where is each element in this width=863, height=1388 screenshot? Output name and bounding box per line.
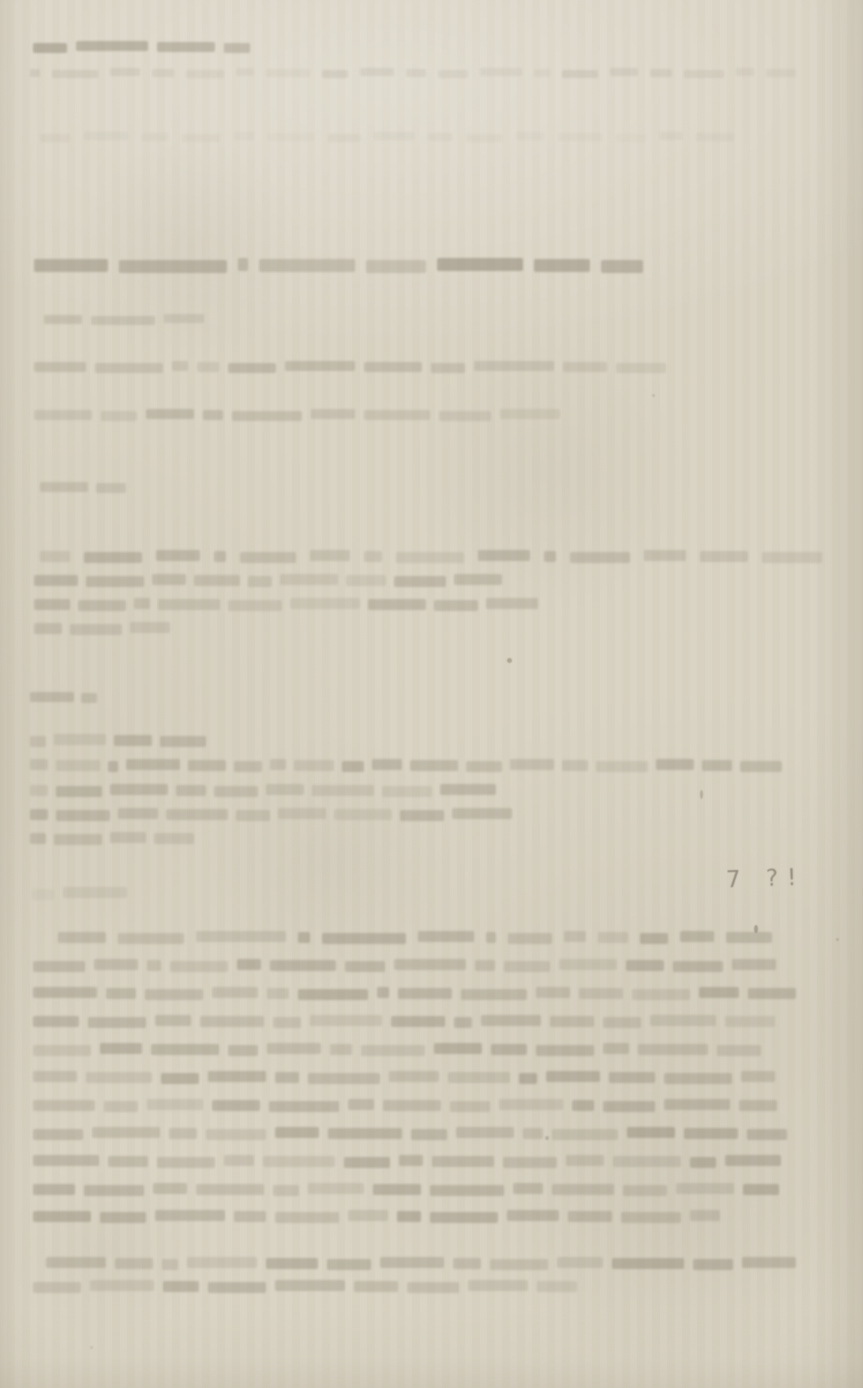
- faded-word: [33, 987, 97, 998]
- faded-word: [366, 260, 426, 273]
- faded-word: [106, 988, 136, 999]
- faded-word: [308, 1073, 380, 1084]
- faded-word: [627, 1127, 675, 1138]
- faded-word: [684, 70, 724, 78]
- faded-word: [507, 1210, 559, 1221]
- section-heading: [32, 884, 136, 902]
- faded-word: [566, 1155, 604, 1166]
- faded-word: [95, 363, 163, 373]
- faded-word: [406, 69, 426, 77]
- faded-word: [456, 1127, 514, 1138]
- faded-word: [536, 987, 570, 998]
- faded-word: [603, 1017, 641, 1028]
- faded-word: [596, 761, 648, 772]
- faded-word: [224, 1155, 254, 1166]
- faded-word: [612, 1258, 684, 1269]
- faded-word: [438, 70, 468, 78]
- paragraph-line-11: [33, 1207, 729, 1225]
- faded-word: [30, 69, 40, 77]
- faded-word: [394, 959, 466, 970]
- faded-word: [725, 1016, 775, 1027]
- faded-word: [490, 1259, 548, 1270]
- faded-word: [434, 1043, 482, 1054]
- paragraph-line-5: [33, 1040, 770, 1058]
- faded-word: [623, 1185, 667, 1196]
- faded-word: [399, 1155, 423, 1166]
- faded-word: [598, 932, 628, 943]
- faded-word: [30, 759, 48, 770]
- faded-word: [86, 576, 144, 587]
- faded-word: [374, 132, 414, 140]
- faded-word: [725, 1155, 781, 1166]
- faded-word: [56, 760, 100, 771]
- faded-word: [84, 132, 128, 140]
- faded-word: [439, 411, 491, 421]
- faded-word: [268, 133, 314, 141]
- faded-word: [70, 624, 122, 635]
- faded-word: [418, 931, 474, 942]
- faded-word: [188, 760, 226, 771]
- faded-word: [100, 1212, 146, 1223]
- faded-word: [33, 1071, 77, 1082]
- faded-word: [480, 68, 522, 76]
- faded-word: [537, 1281, 577, 1292]
- faded-word: [34, 623, 62, 634]
- faded-word: [534, 69, 550, 77]
- faded-word: [147, 960, 161, 971]
- faded-word: [155, 1210, 225, 1221]
- faded-word: [214, 551, 226, 562]
- faded-word: [552, 1129, 618, 1140]
- faded-word: [157, 1157, 215, 1168]
- faded-word: [699, 987, 739, 998]
- faded-word: [91, 316, 155, 325]
- faded-word: [259, 259, 355, 272]
- faded-word: [398, 988, 452, 999]
- faded-word: [440, 784, 496, 795]
- faded-word: [234, 1211, 266, 1222]
- faded-word: [516, 132, 544, 140]
- faded-word: [33, 961, 85, 972]
- faded-word: [76, 41, 148, 51]
- faded-word: [224, 43, 250, 53]
- faded-word: [330, 1044, 352, 1055]
- faded-word: [519, 1073, 537, 1084]
- ink-speck: [836, 938, 839, 941]
- faded-word: [298, 932, 310, 943]
- ink-speck: [700, 790, 703, 799]
- scanned-page: 7 ?!: [0, 0, 863, 1388]
- faded-word: [394, 576, 446, 587]
- faded-word: [33, 43, 67, 53]
- faded-word: [310, 550, 350, 561]
- faded-word: [33, 1016, 79, 1027]
- faded-word: [748, 988, 796, 999]
- faded-word: [696, 133, 734, 141]
- header-line: [33, 38, 259, 56]
- theses-item-5: [30, 829, 202, 847]
- faded-word: [208, 1071, 266, 1082]
- faded-word: [280, 574, 338, 585]
- faded-word: [40, 551, 70, 562]
- faded-word: [81, 693, 97, 703]
- faded-word: [237, 959, 261, 970]
- faded-word: [486, 598, 538, 609]
- faded-word: [312, 785, 374, 796]
- faded-word: [322, 70, 348, 78]
- faded-word: [40, 482, 88, 492]
- faded-word: [690, 1210, 720, 1221]
- faded-word: [267, 988, 289, 999]
- faded-word: [736, 68, 754, 76]
- faded-word: [196, 931, 286, 942]
- faded-word: [557, 1257, 603, 1268]
- faded-word: [676, 1183, 734, 1194]
- faded-word: [690, 1157, 716, 1168]
- faded-word: [475, 960, 495, 971]
- faded-word: [90, 1280, 154, 1291]
- faded-word: [411, 1129, 447, 1140]
- faded-word: [328, 1128, 402, 1139]
- faded-word: [603, 1101, 655, 1112]
- faded-word: [552, 1184, 614, 1195]
- faded-word: [84, 552, 142, 563]
- faded-word: [119, 260, 227, 273]
- faded-word: [453, 1258, 481, 1269]
- paragraph-line-10: [33, 1180, 788, 1198]
- faded-word: [373, 1184, 421, 1195]
- faded-word: [360, 68, 394, 76]
- faded-word: [266, 1258, 318, 1269]
- faded-word: [481, 1015, 541, 1026]
- faded-word: [700, 551, 748, 562]
- faded-word: [508, 933, 552, 944]
- byline: [44, 310, 213, 328]
- faded-word: [197, 362, 219, 372]
- faded-word: [46, 1257, 106, 1268]
- faded-word: [740, 761, 782, 772]
- faded-word: [448, 1072, 510, 1083]
- faded-word: [187, 1257, 257, 1268]
- faded-word: [601, 260, 643, 273]
- faded-word: [428, 133, 452, 141]
- ink-speck: [652, 394, 655, 397]
- faded-word: [96, 483, 126, 493]
- faded-word: [474, 361, 554, 371]
- faded-word: [410, 760, 458, 771]
- contents-label: [40, 478, 134, 496]
- faded-word: [158, 599, 220, 610]
- faded-word: [726, 932, 772, 943]
- faded-word: [364, 410, 430, 420]
- contents-line-2: [34, 571, 510, 589]
- faded-word: [156, 550, 200, 561]
- faded-word: [640, 933, 668, 944]
- faded-word: [680, 931, 714, 942]
- faded-word: [603, 1043, 629, 1054]
- faded-word: [346, 575, 386, 586]
- faded-word: [54, 734, 106, 745]
- faded-word: [766, 69, 796, 77]
- faded-word: [203, 410, 223, 420]
- faded-word: [562, 70, 598, 78]
- paragraph-line-6: [33, 1068, 784, 1086]
- paragraph-line-2: [33, 956, 785, 974]
- faded-word: [266, 69, 310, 77]
- faded-word: [110, 832, 146, 843]
- faded-word: [278, 808, 326, 819]
- faded-word: [632, 989, 690, 1000]
- faded-word: [155, 1015, 191, 1026]
- faded-word: [364, 362, 422, 372]
- faded-word: [559, 959, 617, 970]
- faded-word: [275, 1072, 299, 1083]
- faded-word: [613, 1156, 681, 1167]
- faded-word: [33, 1100, 95, 1111]
- faded-word: [546, 1071, 600, 1082]
- faded-word: [310, 1015, 382, 1026]
- faded-word: [684, 1128, 738, 1139]
- faded-word: [621, 1212, 681, 1223]
- faded-word: [30, 736, 46, 747]
- faded-word: [499, 1099, 563, 1110]
- faded-word: [450, 1101, 490, 1112]
- paragraph-line-1: [58, 928, 784, 946]
- faded-word: [523, 1128, 543, 1139]
- faded-word: [345, 961, 385, 972]
- paragraph-line-4: [33, 1012, 784, 1030]
- faded-word: [228, 363, 276, 373]
- faded-word: [44, 315, 82, 324]
- faded-word: [563, 362, 607, 372]
- faded-word: [78, 600, 126, 611]
- faded-word: [30, 692, 74, 702]
- faded-word: [147, 1099, 203, 1110]
- faded-word: [572, 1100, 594, 1111]
- faded-word: [151, 1044, 219, 1055]
- faded-word: [702, 760, 732, 771]
- faded-word: [743, 1184, 779, 1195]
- faded-word: [52, 70, 98, 78]
- faded-word: [610, 68, 638, 76]
- paragraph-line-3: [33, 984, 805, 1002]
- faded-word: [510, 759, 554, 770]
- faded-word: [157, 42, 215, 52]
- faded-word: [152, 574, 186, 585]
- title-line: [34, 256, 654, 274]
- faded-word: [110, 68, 140, 76]
- faded-word: [146, 409, 194, 419]
- faded-word: [568, 1211, 612, 1222]
- faded-word: [431, 363, 465, 373]
- faded-word: [344, 1157, 390, 1168]
- faded-word: [478, 550, 530, 561]
- faded-word: [104, 1101, 138, 1112]
- faded-word: [166, 809, 228, 820]
- faded-word: [92, 1127, 160, 1138]
- faded-word: [163, 1281, 199, 1292]
- faded-word: [328, 134, 360, 142]
- faded-word: [33, 1184, 75, 1195]
- bleedthrough-line-1: [30, 64, 808, 82]
- faded-word: [33, 1211, 91, 1222]
- faded-word: [534, 259, 590, 272]
- faded-word: [389, 1071, 439, 1082]
- faded-word: [383, 1100, 441, 1111]
- faded-word: [200, 1016, 264, 1027]
- faded-word: [407, 1282, 459, 1293]
- faded-word: [638, 1044, 708, 1055]
- faded-word: [34, 575, 78, 586]
- faded-word: [206, 1129, 266, 1140]
- faded-word: [500, 409, 560, 419]
- faded-word: [275, 1212, 339, 1223]
- faded-word: [32, 889, 54, 900]
- faded-word: [294, 760, 334, 771]
- faded-word: [33, 1282, 81, 1293]
- faded-word: [267, 1043, 321, 1054]
- faded-word: [609, 1072, 655, 1083]
- faded-word: [391, 1016, 445, 1027]
- theses-label: [30, 688, 104, 706]
- faded-word: [34, 362, 86, 372]
- faded-word: [558, 133, 602, 141]
- faded-word: [348, 1210, 388, 1221]
- faded-word: [616, 134, 646, 142]
- faded-word: [248, 576, 272, 587]
- faded-word: [334, 809, 392, 820]
- faded-word: [570, 552, 630, 563]
- faded-word: [550, 1016, 594, 1027]
- note-line-2: [34, 406, 569, 424]
- faded-word: [86, 1072, 152, 1083]
- faded-word: [348, 1099, 374, 1110]
- faded-word: [454, 1017, 472, 1028]
- faded-word: [114, 735, 152, 746]
- faded-word: [130, 622, 170, 633]
- faded-word: [732, 959, 776, 970]
- faded-word: [452, 808, 512, 819]
- faded-word: [34, 410, 92, 420]
- faded-word: [58, 932, 106, 943]
- faded-word: [491, 1044, 527, 1055]
- faded-word: [664, 1099, 730, 1110]
- faded-word: [342, 761, 364, 772]
- faded-word: [273, 1017, 301, 1028]
- faded-word: [354, 1281, 398, 1292]
- theses-item-4: [30, 805, 520, 823]
- faded-word: [164, 314, 204, 323]
- paragraph-line-9: [33, 1152, 790, 1170]
- contents-line-3: [34, 595, 546, 613]
- faded-word: [40, 134, 70, 142]
- faded-word: [186, 70, 224, 78]
- faded-word: [693, 1259, 733, 1270]
- faded-word: [115, 1258, 153, 1269]
- faded-word: [742, 1257, 796, 1268]
- faded-word: [290, 598, 360, 609]
- faded-word: [579, 988, 623, 999]
- faded-word: [396, 552, 464, 563]
- faded-word: [741, 1071, 775, 1082]
- faded-word: [126, 759, 180, 770]
- faded-word: [161, 1073, 199, 1084]
- faded-word: [270, 960, 336, 971]
- faded-word: [717, 1045, 761, 1056]
- faded-word: [134, 598, 150, 609]
- faded-word: [145, 989, 203, 1000]
- faded-word: [747, 1129, 787, 1140]
- faded-word: [176, 785, 206, 796]
- closing-line-2: [33, 1277, 586, 1295]
- faded-word: [33, 1045, 91, 1056]
- faded-word: [182, 134, 220, 142]
- faded-word: [94, 959, 138, 970]
- faded-word: [673, 961, 723, 972]
- faded-word: [170, 961, 228, 972]
- faded-word: [437, 258, 523, 271]
- faded-word: [236, 68, 254, 76]
- faded-word: [382, 786, 432, 797]
- faded-word: [285, 361, 355, 371]
- faded-word: [544, 551, 556, 562]
- faded-word: [196, 1184, 264, 1195]
- faded-word: [273, 1185, 299, 1196]
- faded-word: [562, 760, 588, 771]
- ink-speck: [507, 658, 512, 663]
- faded-word: [430, 1212, 498, 1223]
- faded-word: [434, 600, 478, 611]
- faded-word: [152, 69, 174, 77]
- paragraph-line-8: [33, 1124, 796, 1142]
- faded-word: [468, 1280, 528, 1291]
- faded-word: [228, 600, 282, 611]
- faded-word: [56, 810, 110, 821]
- faded-word: [234, 761, 262, 772]
- faded-word: [400, 810, 444, 821]
- pencil-annotation: 7 ?!: [726, 865, 806, 894]
- faded-word: [513, 1183, 543, 1194]
- faded-word: [311, 409, 355, 419]
- faded-word: [101, 411, 137, 421]
- faded-word: [650, 69, 672, 77]
- faded-word: [263, 1156, 335, 1167]
- faded-word: [118, 808, 158, 819]
- faded-word: [212, 1100, 260, 1111]
- faded-word: [142, 133, 168, 141]
- faded-word: [503, 1157, 557, 1168]
- closing-line-1: [46, 1254, 805, 1272]
- faded-word: [208, 1282, 266, 1293]
- faded-word: [275, 1280, 345, 1291]
- faded-word: [454, 574, 502, 585]
- faded-word: [269, 1101, 339, 1112]
- faded-word: [108, 1156, 148, 1167]
- faded-word: [54, 834, 102, 845]
- faded-word: [56, 786, 102, 797]
- theses-item-1: [30, 731, 214, 749]
- faded-word: [616, 363, 666, 373]
- faded-word: [432, 1156, 494, 1167]
- faded-word: [88, 1017, 146, 1028]
- faded-word: [739, 1100, 777, 1111]
- faded-word: [214, 786, 258, 797]
- contents-line-1: [40, 547, 836, 565]
- faded-word: [100, 1043, 142, 1054]
- faded-word: [298, 989, 368, 1000]
- faded-word: [368, 599, 426, 610]
- ink-speck: [90, 1346, 93, 1349]
